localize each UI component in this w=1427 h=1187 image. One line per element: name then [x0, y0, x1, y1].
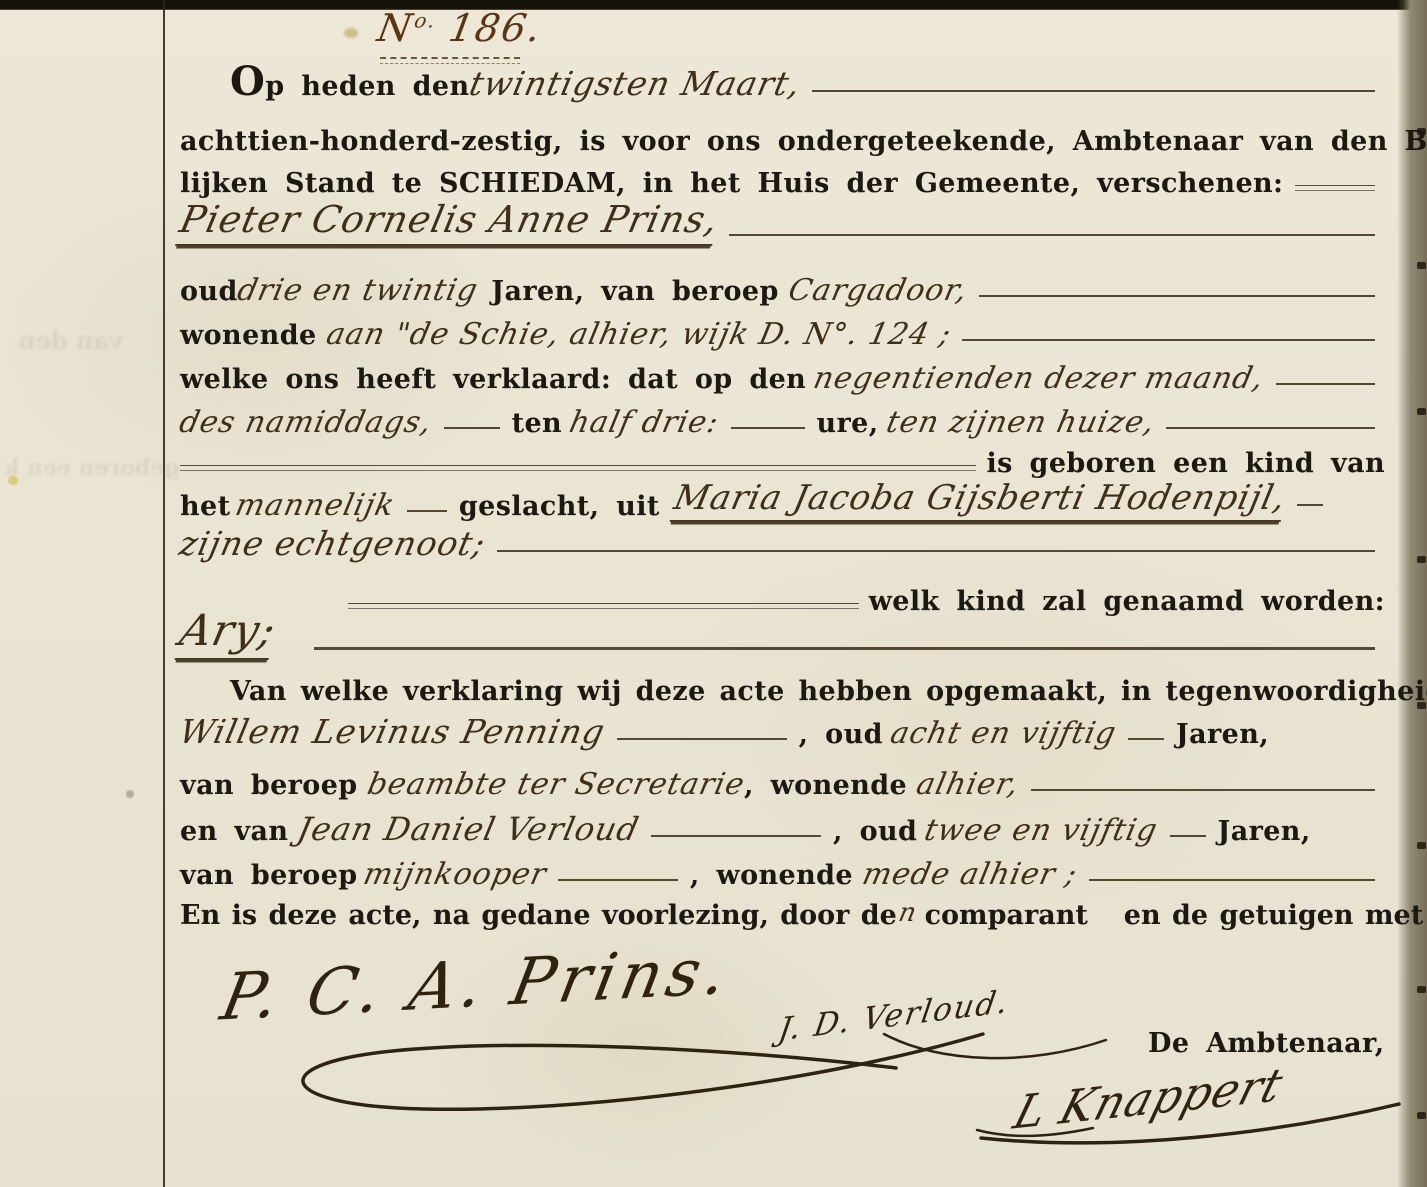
act-number-underline [380, 57, 520, 64]
paper-stain [126, 790, 134, 798]
printed-text: geslacht, uit [459, 491, 660, 522]
printed-text: wonende [180, 320, 317, 351]
ruled-fill-line [1276, 383, 1375, 385]
printed-text: , oud [833, 816, 917, 847]
ruled-dash [731, 427, 805, 429]
handwritten-witness2-profession: mijnkooper [360, 858, 549, 891]
line-born-child: is geboren een kind van [180, 448, 1385, 479]
printed-text: van beroep [180, 860, 358, 891]
handwritten-declarant-name: Pieter Cornelis Anne Prins, [175, 200, 722, 246]
handwritten-witness1-residence: alhier, [914, 768, 1023, 801]
printed-text: is geboren een kind van [986, 448, 1385, 479]
handwritten-birth-day: negentienden dezer maand, [811, 362, 1268, 395]
handwritten-address: aan "de Schie, alhier, wijk D. N°. 124 ; [323, 318, 954, 351]
printed-text: Jaren, [1218, 816, 1311, 847]
ruled-dash [1170, 835, 1206, 837]
act-number-value: 186. [446, 6, 546, 50]
handwritten-gender: mannelijk [233, 489, 398, 522]
printed-text: en van [180, 816, 288, 847]
edge-mark [1417, 842, 1426, 849]
line-closing: En is deze acte, na gedane voorlezing, d… [180, 900, 1385, 931]
line-declarant-age-profession: oud drie en twintig Jaren, van beroep Ca… [180, 274, 1385, 307]
ruled-dash [558, 879, 678, 881]
margin-rule [163, 0, 165, 1187]
ruled-fill-line [812, 90, 1375, 92]
printed-text: Jaren, van beroep [491, 276, 778, 307]
edge-mark [1417, 1112, 1426, 1119]
printed-text: Op heden den [230, 66, 470, 102]
edge-mark [1417, 986, 1426, 993]
edge-mark [1417, 262, 1426, 269]
ruled-dash [617, 738, 787, 740]
printed-text: ure, [817, 408, 879, 439]
printed-text: , wonende [744, 770, 907, 801]
handwritten-witness2-name: Jean Daniel Verloud [295, 812, 643, 847]
line-witness1: Willem Levinus Penning , oud acht en vij… [180, 714, 1385, 750]
line-witness-intro: Van welke verklaring wij deze acte hebbe… [180, 676, 1385, 707]
signature-official: L Knappert [1008, 1057, 1290, 1140]
signature-witness-flourish [880, 1026, 1112, 1074]
scan-top-edge [0, 0, 1427, 10]
paper-stain [344, 28, 358, 38]
handwritten-age: drie en twintig [234, 274, 481, 307]
printed-text: en de getuigen met ons onderteekend. [1124, 900, 1427, 931]
printed-text: Jaren, [1176, 719, 1269, 750]
line-declarant-name: Pieter Cornelis Anne Prins, [180, 200, 1385, 246]
ruled-fill-line [497, 550, 1375, 552]
line-declaration: welke ons heeft verklaard: dat op den ne… [180, 362, 1385, 395]
line-date: Op heden den twintigsten Maart, [180, 66, 1385, 102]
handwritten-date: twintigsten Maart, [466, 66, 804, 102]
ruled-fill-line [1089, 879, 1375, 881]
ruled-fill-line [979, 295, 1375, 297]
ruled-dash [1297, 504, 1323, 506]
line-year: achttien-honderd-zestig, is voor ons ond… [180, 126, 1385, 157]
official-title: De Ambtenaar, [1148, 1028, 1385, 1059]
line-birth-time: des namiddags, ten half drie: ure, ten z… [180, 406, 1385, 439]
act-number-prefix: N [374, 6, 417, 50]
bleed-through-text: geboren een k [4, 455, 180, 481]
handwritten-profession: Cargadoor, [785, 274, 970, 307]
ruled-fill-line [314, 647, 1375, 650]
printed-text: En is deze acte, na gedane voorlezing, d… [180, 900, 897, 931]
printed-text: Van welke verklaring wij deze acte hebbe… [230, 676, 1427, 707]
ruled-dash [444, 427, 500, 429]
handwritten-witness1-profession: beambte ter Secretarie [364, 768, 747, 801]
line-gender-mother: het mannelijk geslacht, uit Maria Jacoba… [180, 480, 1385, 522]
birth-certificate-page: van den geboren een k No. 186. Op heden … [0, 0, 1427, 1187]
signature-flourish [248, 1022, 993, 1127]
ruled-dash [1128, 738, 1164, 740]
handwritten-spouse: zijne echtgenoot; [176, 526, 489, 562]
line-witness2: en van Jean Daniel Verloud , oud twee en… [180, 812, 1385, 847]
signature-declarant: P. C. A. Prins. [215, 934, 737, 1035]
signature-witness2: J. D. Verloud. [776, 983, 1012, 1048]
printed-text: , wonende [690, 860, 853, 891]
ruled-dash [407, 510, 447, 512]
dashed-fill-line [1295, 185, 1375, 191]
printed-text: comparant [925, 900, 1088, 931]
line-spouse: zijne echtgenoot; [180, 526, 1385, 562]
edge-mark [1417, 408, 1426, 415]
printed-text: het [180, 491, 230, 522]
handwritten-witness2-age: twee en vijftig [922, 814, 1161, 847]
ruled-fill-line [962, 339, 1375, 341]
printed-text: , oud [799, 719, 883, 750]
line-witness2-profession: van beroep mijnkooper , wonende mede alh… [180, 858, 1385, 891]
printed-text: p heden den [265, 71, 469, 102]
handwritten-witness1-name: Willem Levinus Penning [176, 714, 608, 750]
ruled-fill-line [1166, 427, 1375, 429]
line-child-name: Ary; [180, 608, 1385, 660]
printed-text: welke ons heeft verklaard: dat op den [180, 364, 806, 395]
printed-text: lijken Stand te SCHIEDAM, in het Huis de… [180, 168, 1283, 199]
edge-mark [1417, 556, 1426, 563]
printed-text: oud [180, 276, 238, 307]
handwritten-hour: half drie: [567, 406, 722, 439]
handwritten-time-of-day: des namiddags, [176, 406, 435, 439]
act-number: No. 186. [374, 6, 546, 50]
handwritten-witness2-residence: mede alhier ; [859, 858, 1080, 891]
printed-text: ten [512, 408, 562, 439]
line-declarant-residence: wonende aan "de Schie, alhier, wijk D. N… [180, 318, 1385, 351]
handwritten-mother-name: Maria Jacoba Gijsberti Hodenpijl, [669, 480, 1289, 522]
printed-text: van beroep [180, 770, 358, 801]
line-witness1-profession: van beroep beambte ter Secretarie , wone… [180, 768, 1385, 801]
handwritten-witness1-age: acht en vijftig [887, 717, 1119, 750]
ruled-fill-line [1031, 789, 1375, 791]
ruled-fill-line [729, 234, 1375, 236]
handwritten-birth-place: ten zijnen huize, [883, 406, 1158, 439]
dashed-fill-line [180, 465, 976, 471]
line-municipality: lijken Stand te SCHIEDAM, in het Huis de… [180, 168, 1385, 199]
handwritten-child-name: Ary; [174, 608, 280, 660]
ruled-dash [651, 835, 821, 837]
act-number-sup: o. [412, 8, 438, 32]
scan-right-edge [1397, 0, 1427, 1187]
drop-cap: O [230, 58, 265, 105]
bleed-through-text: van den [18, 326, 123, 355]
handwritten-insertion: n [896, 899, 920, 928]
printed-text: achttien-honderd-zestig, is voor ons ond… [180, 126, 1427, 157]
